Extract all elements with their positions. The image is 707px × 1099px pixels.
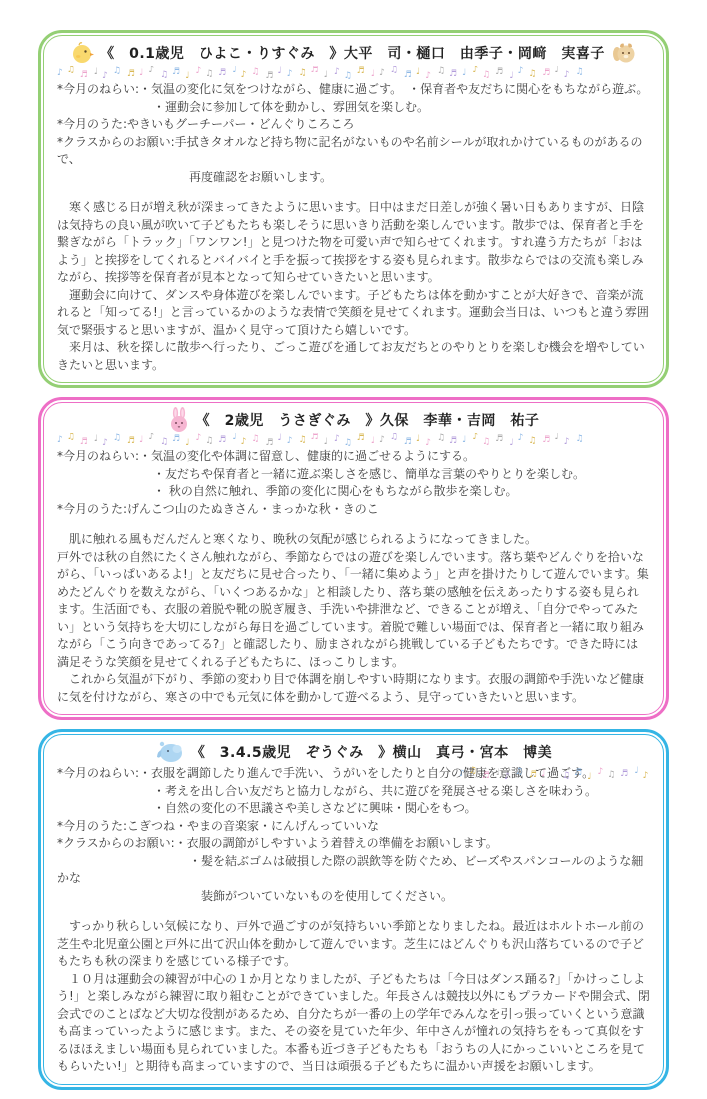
info-line: *今月のねらい:・気温の変化に気をつけながら、健康に過ごす。 ・保育者や友だちに… — [57, 81, 650, 99]
paragraph: すっかり秋らしい気候になり、戸外で過ごすのが気持ちいい季節となりましたね。最近は… — [57, 918, 650, 971]
info-line: *今月のうた:げんこつ山のたぬきさん・まっかな秋・きのこ — [57, 501, 650, 519]
section-hiyoko-risugumi: 《 0.1歳児 ひよこ・りすぐみ 》大平 司・樋口 由季子・岡﨑 実喜子 ♪♫♬… — [38, 30, 669, 388]
music-notes-decoration: ♪♫♬♩♪♫♬♩♪♫♬♩♪♫♬♩♪♫♬♩♪♫♬♩♪♫♬♩♪♫♬♩♪♫♬♩♪♫♬♩… — [57, 66, 650, 81]
elephant-icon — [155, 740, 185, 764]
newsletter-page: 《 0.1歳児 ひよこ・りすぐみ 》大平 司・樋口 由季子・岡﨑 実喜子 ♪♫♬… — [0, 0, 707, 1090]
info-line: 装飾がついていないものを使用してください。 — [57, 888, 650, 906]
info-line: *今月のねらい:・衣服を調節したり進んで手洗い、うがいをしたりと自分の健康を意識… — [57, 765, 650, 783]
section-paragraphs: 肌に触れる風もだんだんと寒くなり、晩秋の気配が感じられるようになってきました。戸… — [57, 531, 650, 706]
paragraph: 来月は、秋を探しに散歩へ行ったり、ごっこ遊びを通してお友だちとのやりとりを楽しむ… — [57, 339, 650, 374]
section-header: 《 2歳児 うさぎぐみ 》久保 李華・吉岡 祐子 — [57, 407, 650, 433]
section-paragraphs: すっかり秋らしい気候になり、戸外で過ごすのが気持ちいい季節となりましたね。最近は… — [57, 918, 650, 1076]
section-header: 《 0.1歳児 ひよこ・りすぐみ 》大平 司・樋口 由季子・岡﨑 実喜子 — [57, 40, 650, 66]
info-line: ・髪を結ぶゴムは破損した際の誤飲等を防ぐため、ビーズやスパンコールのような細かな — [57, 853, 650, 888]
info-line: ・運動会に参加して体を動かし、雰囲気を楽しむ。 — [57, 99, 650, 117]
info-line: ・友だちや保育者と一緒に遊ぶ楽しさを感じ、簡単な言葉のやりとりを楽しむ。 — [57, 466, 650, 484]
monthly-info: *今月のねらい:・衣服を調節したり進んで手洗い、うがいをしたりと自分の健康を意識… — [57, 765, 650, 905]
info-line: ・考えを出し合い友だちと協力しながら、共に遊びを発展させる楽しさを味わう。 — [57, 783, 650, 801]
info-line: *クラスからのお願い:手拭きタオルなど持ち物に記名がないものや名前シールが取れか… — [57, 134, 650, 169]
music-notes-decoration: ♪♫♬♩♪♫♬♩♪♫♬♩♪♫♬♩♪♫♬♩♪♫♬♩♪♫♬♩♪♫♬♩♪♫♬♩♪♫♬♩… — [57, 433, 650, 448]
paragraph: 運動会に向けて、ダンスや身体遊びを楽しんでいます。子どもたちは体を動かすことが大… — [57, 287, 650, 340]
section-usagigumi: 《 2歳児 うさぎぐみ 》久保 李華・吉岡 祐子 ♪♫♬♩♪♫♬♩♪♫♬♩♪♫♬… — [38, 397, 669, 720]
rabbit-icon — [168, 407, 190, 433]
chick-icon — [70, 41, 94, 65]
info-line: 再度確認をお願いします。 — [57, 169, 650, 187]
section-header: 《 3.4.5歳児 ぞうぐみ 》横山 真弓・宮本 博美 — [57, 739, 650, 765]
info-line: *今月のねらい:・気温の変化や体調に留意し、健康的に過ごせるようにする。 — [57, 448, 650, 466]
section-title: 《 2歳児 うさぎぐみ 》久保 李華・吉岡 祐子 — [196, 410, 540, 430]
paragraph: 寒く感じる日が増え秋が深まってきたように思います。日中はまだ日差しが強く暑い日も… — [57, 199, 650, 287]
paragraph: これから気温が下がり、季節の変わり目で体調を崩しやすい時期になります。衣服の調節… — [57, 671, 650, 706]
info-line: ・ 秋の自然に触れ、季節の変化に関心をもちながら散歩を楽しむ。 — [57, 483, 650, 501]
info-line: *クラスからのお願い:・衣服の調節がしやすいよう着替えの準備をお願いします。 — [57, 835, 650, 853]
section-zougumi: 《 3.4.5歳児 ぞうぐみ 》横山 真弓・宮本 博美 ♪♫♬♩♪♫♬♩♪♫♬♩… — [38, 729, 669, 1090]
paragraph: 戸外では秋の自然にたくさん触れながら、季節ならではの遊びを楽しんでいます。落ち葉… — [57, 549, 650, 672]
paragraph: １０月は運動会の練習が中心の１か月となりましたが、子どもたちは「今日はダンス踊る… — [57, 971, 650, 1076]
section-title: 《 0.1歳児 ひよこ・りすぐみ 》大平 司・樋口 由季子・岡﨑 実喜子 — [100, 43, 605, 63]
section-paragraphs: 寒く感じる日が増え秋が深まってきたように思います。日中はまだ日差しが強く暑い日も… — [57, 199, 650, 374]
squirrel-icon — [611, 41, 637, 65]
paragraph: 肌に触れる風もだんだんと寒くなり、晩秋の気配が感じられるようになってきました。 — [57, 531, 650, 549]
info-line: *今月のうた:やきいもグーチーパー・どんぐりころころ — [57, 116, 650, 134]
section-title: 《 3.4.5歳児 ぞうぐみ 》横山 真弓・宮本 博美 — [191, 742, 552, 762]
info-line: *今月のうた:こぎつね・やまの音楽家・にんげんっていいな — [57, 818, 650, 836]
monthly-info: *今月のねらい:・気温の変化や体調に留意し、健康的に過ごせるようにする。 ・友だ… — [57, 448, 650, 518]
monthly-info: *今月のねらい:・気温の変化に気をつけながら、健康に過ごす。 ・保育者や友だちに… — [57, 81, 650, 186]
info-line: ・自然の変化の不思議さや美しさなどに興味・関心をもつ。 — [57, 800, 650, 818]
